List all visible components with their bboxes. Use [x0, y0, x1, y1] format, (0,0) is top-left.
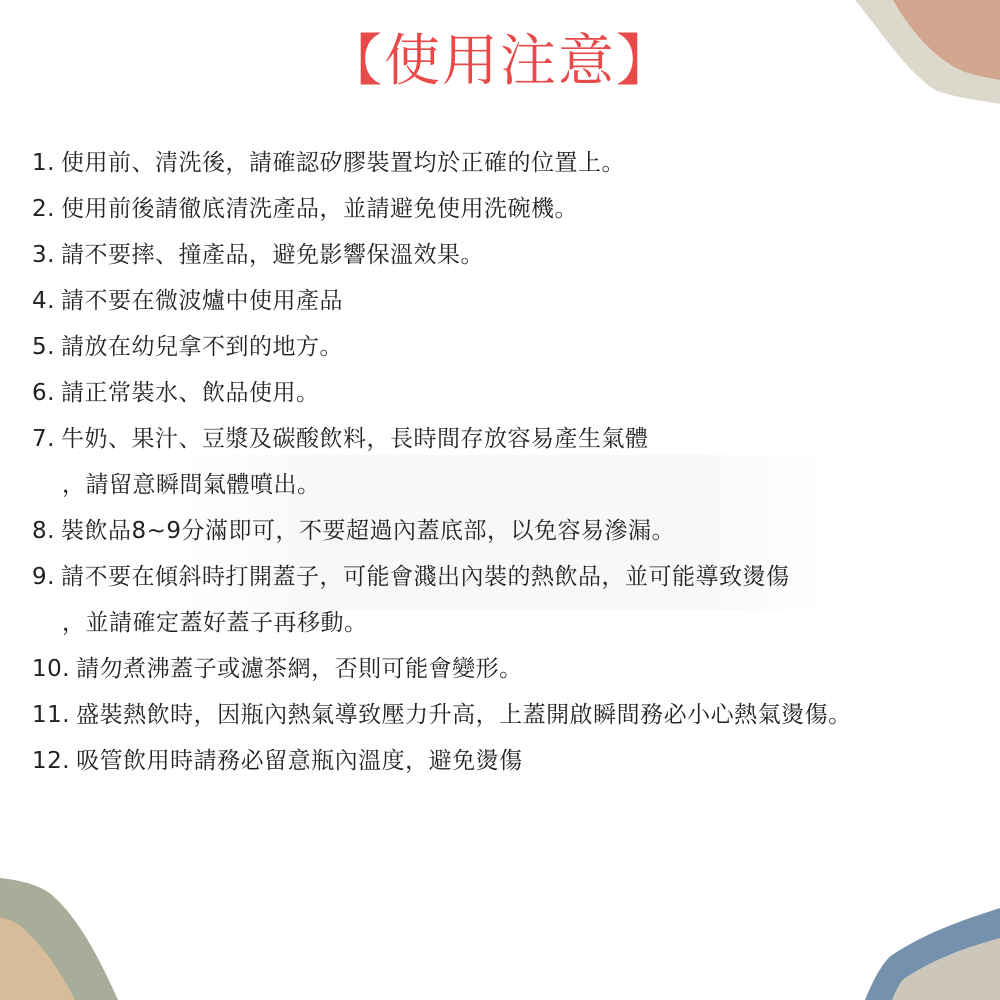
item-text: 使用前、清洗後，請確認矽膠裝置均於正確的位置上。 [61, 150, 625, 176]
item-number: 3. [32, 242, 55, 268]
list-item-3: 3.請不要摔、撞產品，避免影響保溫效果。 [32, 232, 1000, 278]
list-item-1: 1.使用前、清洗後，請確認矽膠裝置均於正確的位置上。 [32, 140, 1000, 186]
list-item-9-continuation: ，並請確定蓋好蓋子再移動。 [32, 600, 1000, 646]
item-text: 牛奶、果汁、豆漿及碳酸飲料，長時間存放容易產生氣體 [61, 426, 649, 452]
item-number: 12. [32, 748, 70, 774]
bottom-right-blob-inner [892, 938, 1000, 1000]
list-item-2: 2.使用前後請徹底清洗產品，並請避免使用洗碗機。 [32, 186, 1000, 232]
list-item-11: 11.盛裝熱飲時，因瓶內熱氣導致壓力升高，上蓋開啟瞬間務必小心熱氣燙傷。 [32, 692, 1000, 738]
item-number: 2. [32, 196, 55, 222]
list-item-6: 6.請正常裝水、飲品使用。 [32, 370, 1000, 416]
notice-list: 1.使用前、清洗後，請確認矽膠裝置均於正確的位置上。 2.使用前後請徹底清洗產品… [32, 140, 1000, 784]
item-text: 使用前後請徹底清洗產品，並請避免使用洗碗機。 [61, 196, 578, 222]
list-item-12: 12.吸管飲用時請務必留意瓶內溫度，避免燙傷 [32, 738, 1000, 784]
list-item-5: 5.請放在幼兒拿不到的地方。 [32, 324, 1000, 370]
item-number: 6. [32, 380, 55, 406]
item-text: 請不要摔、撞產品，避免影響保溫效果。 [61, 242, 484, 268]
bottom-right-blob-outer [865, 908, 1000, 1000]
list-item-7: 7.牛奶、果汁、豆漿及碳酸飲料，長時間存放容易產生氣體 [32, 416, 1000, 462]
item-text: 請不要在微波爐中使用產品 [61, 288, 343, 314]
list-item-9: 9.請不要在傾斜時打開蓋子，可能會濺出內裝的熱飲品，並可能導致燙傷 [32, 554, 1000, 600]
item-text: 盛裝熱飲時，因瓶內熱氣導致壓力升高，上蓋開啟瞬間務必小心熱氣燙傷。 [76, 702, 852, 728]
item-text: 請不要在傾斜時打開蓋子，可能會濺出內裝的熱飲品，並可能導致燙傷 [61, 564, 790, 590]
item-number: 9. [32, 564, 55, 590]
item-text: 吸管飲用時請務必留意瓶內溫度，避免燙傷 [76, 748, 523, 774]
item-number: 4. [32, 288, 55, 314]
item-text: 裝飲品8~9分滿即可，不要超過內蓋底部，以免容易滲漏。 [61, 518, 675, 544]
item-text: 請正常裝水、飲品使用。 [61, 380, 320, 406]
item-text: 請放在幼兒拿不到的地方。 [61, 334, 343, 360]
item-number: 10. [32, 656, 70, 682]
item-text: 請勿煮沸蓋子或濾茶網，否則可能會變形。 [76, 656, 523, 682]
list-item-4: 4.請不要在微波爐中使用產品 [32, 278, 1000, 324]
item-number: 1. [32, 150, 55, 176]
item-number: 11. [32, 702, 70, 728]
item-number: 5. [32, 334, 55, 360]
list-item-10: 10.請勿煮沸蓋子或濾茶網，否則可能會變形。 [32, 646, 1000, 692]
page-title: 【使用注意】 [0, 22, 1000, 102]
bottom-left-blob-outer [0, 878, 118, 1000]
bottom-left-blob-inner [0, 917, 75, 1000]
list-item-8: 8.裝飲品8~9分滿即可，不要超過內蓋底部，以免容易滲漏。 [32, 508, 1000, 554]
item-number: 7. [32, 426, 55, 452]
list-item-7-continuation: ，請留意瞬間氣體噴出。 [32, 462, 1000, 508]
item-number: 8. [32, 518, 55, 544]
